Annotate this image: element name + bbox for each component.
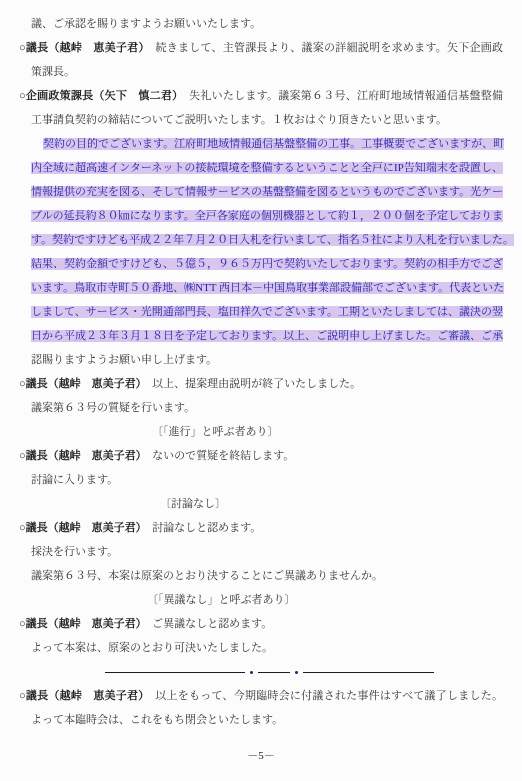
stage-direction-line: 〔「異議なし」と呼ぶ者あり〕 [19, 588, 503, 612]
speaker-name: ○議長（越峠 恵美子君） [19, 450, 141, 462]
text-line: ブルの延長約８０㎞になります。全戸各家庭の個別機器として約１，２００個を予定して… [19, 204, 503, 228]
page-number: －5－ [19, 744, 503, 768]
highlighted-text: 日から平成２３年３月１８日を予定しております。以上、ご説明申し上げました。ご審議… [31, 330, 503, 342]
divider-line-segment [258, 672, 290, 673]
text-line: 内全域に超高速インターネットの接続環境を整備するということと全戸にIP告知端末を… [19, 156, 503, 180]
speech-text: 議案第６３号、本案は原案のとおり決することにご異議ありませんか。 [31, 570, 383, 582]
divider-dot-icon [295, 671, 298, 674]
text-line: ○議長（越峠 恵美子君） 以上をもって、今期臨時会に付議された事件はすべて議了し… [19, 684, 503, 708]
stage-direction-line: 〔討論なし〕 [19, 492, 503, 516]
text-line: 工事請負契約の締結についてご説明いたします。１枚おはぐり頂きたいと思います。 [19, 108, 503, 132]
speaker-name: ○議長（越峠 恵美子君） [19, 378, 141, 390]
speech-text: 議、ご承認を賜りますようお願いいたします。 [31, 18, 261, 30]
speaker-name: ○議長（越峠 恵美子君） [19, 522, 141, 534]
divider-dot-icon [250, 671, 253, 674]
speech-text: 議案第６３号の質疑を行います。 [31, 402, 195, 414]
text-line: す。契約ですけども平成２２年７月２０日入札を行いまして、指名５社により入札を行い… [19, 228, 503, 252]
speaker-name: ○議長（越峠 恵美子君） [19, 42, 144, 54]
text-line: 認賜りますようお願い申し上げます。 [19, 348, 503, 372]
text-line: ○議長（越峠 恵美子君） ないので質疑を終結します。 [19, 444, 503, 468]
highlighted-text: 結果、契約金額ですけども、５億５，９６５万円で契約いたしております。契約の相手方… [31, 258, 503, 270]
text-line: よって本案は、原案のとおり可決いたしました。 [19, 636, 503, 660]
text-line: 採決を行います。 [19, 540, 503, 564]
speech-text: 討論なしと認めます。 [141, 522, 261, 534]
stage-direction-line: 〔「進行」と呼ぶ者あり〕 [19, 420, 503, 444]
divider-line-segment [303, 672, 434, 673]
highlighted-text: 情報提供の充実を図る、そして情報サービスの基盤整備を図るというものでございます。… [31, 186, 503, 198]
speech-text: よって本案は、原案のとおり可決いたしました。 [31, 642, 273, 654]
text-line: 契約の目的でございます。江府町地域情報通信基盤整備の工事。工事概要でございますが… [19, 132, 503, 156]
speech-text: 続きまして、主管課長より、議案の詳細説明を求めます。矢下企画政 [144, 42, 503, 54]
text-line: 議案第６３号、本案は原案のとおり決することにご異議ありませんか。 [19, 564, 503, 588]
document-page: 議、ご承認を賜りますようお願いいたします。○議長（越峠 恵美子君） 続きまして、… [0, 0, 522, 781]
speech-text: ないので質疑を終結します。 [141, 450, 294, 462]
text-line: よって本臨時会は、これをもち閉会といたします。 [19, 708, 503, 732]
highlighted-text: ブルの延長約８０㎞になります。全戸各家庭の個別機器として約１，２００個を予定して… [31, 210, 503, 222]
speech-text: 工事請負契約の締結についてご説明いたします。１枚おはぐり頂きたいと思います。 [31, 114, 447, 126]
text-line: ○議長（越峠 恵美子君） ご異議なしと認めます。 [19, 612, 503, 636]
speech-text: 認賜りますようお願い申し上げます。 [31, 354, 217, 366]
speech-text: 採決を行います。 [31, 546, 118, 558]
speech-text: 以上、提案理由説明が終了いたしました。 [141, 378, 361, 390]
text-line: 策課長。 [19, 60, 503, 84]
speaker-name: ○企画政策課長（矢下 慎二君） [19, 90, 178, 102]
speaker-name: ○議長（越峠 恵美子君） [19, 690, 144, 702]
speech-text: 以上をもって、今期臨時会に付議された事件はすべて議了しました。 [144, 690, 503, 702]
text-line: ○議長（越峠 恵美子君） 続きまして、主管課長より、議案の詳細説明を求めます。矢… [19, 36, 503, 60]
speech-text: 討論に入ります。 [31, 474, 118, 486]
highlighted-text: す。契約ですけども平成２２年７月２０日入札を行いまして、指名５社により入札を行い… [31, 234, 514, 246]
text-line: 議案第６３号の質疑を行います。 [19, 396, 503, 420]
text-line: ○議長（越峠 恵美子君） 以上、提案理由説明が終了いたしました。 [19, 372, 503, 396]
text-line: います。鳥取市寺町５０番地、㈱NTT 西日本－中国鳥取事業部設備部でございます。… [19, 276, 503, 300]
speech-text: ご異議なしと認めます。 [141, 618, 272, 630]
highlighted-text: しまして、サービス・光開通部門長、塩田祥久でございます。工期といたしましては、議… [31, 306, 503, 318]
speech-text: 失礼いたします。議案第６３号、江府町地域情報通信基盤整備 [178, 90, 503, 102]
speech-text: 策課長。 [31, 66, 75, 78]
text-line: 議、ご承認を賜りますようお願いいたします。 [19, 12, 503, 36]
text-line: 情報提供の充実を図る、そして情報サービスの基盤整備を図るというものでございます。… [19, 180, 503, 204]
divider-line-segment [105, 672, 245, 673]
text-line: 討論に入ります。 [19, 468, 503, 492]
speech-text: 〔討論なし〕 [160, 498, 226, 510]
speech-text: 〔「異議なし」と呼ぶ者あり〕 [147, 594, 296, 606]
text-line: しまして、サービス・光開通部門長、塩田祥久でございます。工期といたしましては、議… [19, 300, 503, 324]
highlighted-text: 契約の目的でございます。江府町地域情報通信基盤整備の工事。工事概要でございますが… [43, 138, 504, 150]
highlighted-text: います。鳥取市寺町５０番地、㈱NTT 西日本－中国鳥取事業部設備部でございます。… [31, 282, 504, 294]
speaker-name: ○議長（越峠 恵美子君） [19, 618, 141, 630]
section-divider [19, 660, 503, 684]
text-line: 結果、契約金額ですけども、５億５，９６５万円で契約いたしております。契約の相手方… [19, 252, 503, 276]
highlighted-text: 内全域に超高速インターネットの接続環境を整備するということと全戸にIP告知端末を… [31, 162, 503, 174]
text-line: 日から平成２３年３月１８日を予定しております。以上、ご説明申し上げました。ご審議… [19, 324, 503, 348]
speech-text: よって本臨時会は、これをもち閉会といたします。 [31, 714, 283, 726]
text-line: ○議長（越峠 恵美子君） 討論なしと認めます。 [19, 516, 503, 540]
speech-text: 〔「進行」と呼ぶ者あり〕 [152, 426, 279, 438]
text-line: ○企画政策課長（矢下 慎二君） 失礼いたします。議案第６３号、江府町地域情報通信… [19, 84, 503, 108]
